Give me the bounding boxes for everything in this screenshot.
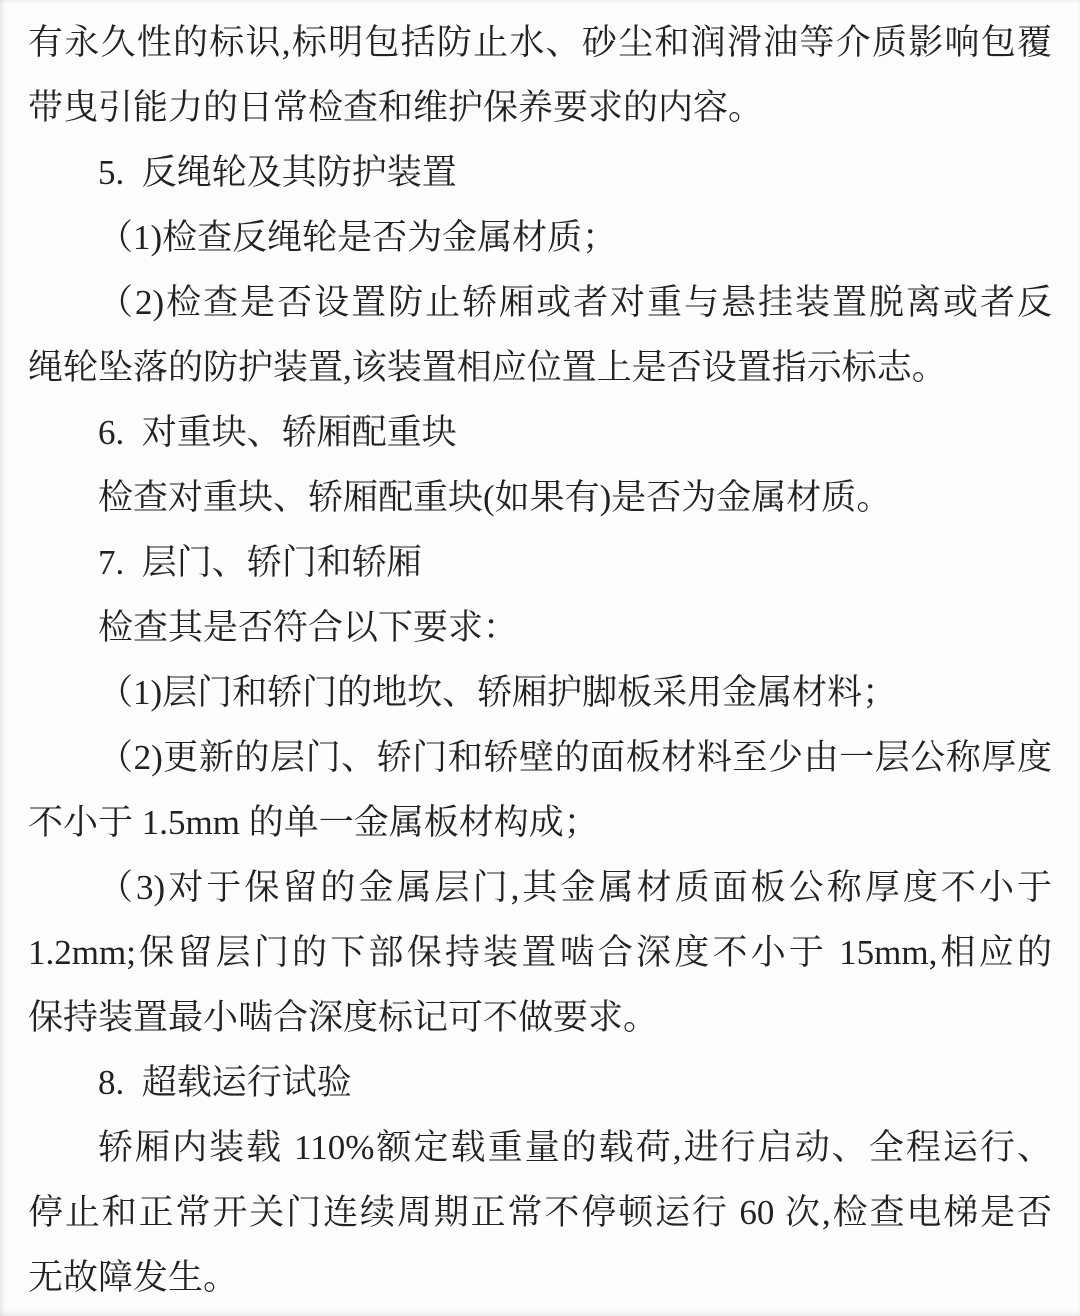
text-line: 5. 反绳轮及其防护装置 (28, 140, 1052, 205)
text-line: 1.2mm;保留层门的下部保持装置啮合深度不小于 15mm,相应的 (28, 920, 1052, 985)
text-line: 7. 层门、轿门和轿厢 (28, 530, 1052, 595)
text-line: 轿厢内装载 110%额定载重量的载荷,进行启动、全程运行、 (28, 1115, 1052, 1180)
document-text-block: 有永久性的标识,标明包括防止水、砂尘和润滑油等介质影响包覆带曳引能力的日常检查和… (28, 10, 1052, 1310)
text-line: 绳轮坠落的防护装置,该装置相应位置上是否设置指示标志。 (28, 335, 1052, 400)
text-line: 有永久性的标识,标明包括防止水、砂尘和润滑油等介质影响包覆 (28, 10, 1052, 75)
text-line: 8. 超载运行试验 (28, 1050, 1052, 1115)
text-line: （3)对于保留的金属层门,其金属材质面板公称厚度不小于 (28, 855, 1052, 920)
text-line: （2)检查是否设置防止轿厢或者对重与悬挂装置脱离或者反 (28, 270, 1052, 335)
text-line: 检查对重块、轿厢配重块(如果有)是否为金属材质。 (28, 465, 1052, 530)
document-page: 有永久性的标识,标明包括防止水、砂尘和润滑油等介质影响包覆带曳引能力的日常检查和… (0, 0, 1080, 1316)
text-line: （2)更新的层门、轿门和轿壁的面板材料至少由一层公称厚度 (28, 725, 1052, 790)
text-line: （1)检查反绳轮是否为金属材质； (28, 205, 1052, 270)
text-line: 带曳引能力的日常检查和维护保养要求的内容。 (28, 75, 1052, 140)
text-line: 不小于 1.5mm 的单一金属板材构成； (28, 790, 1052, 855)
text-line: （1)层门和轿门的地坎、轿厢护脚板采用金属材料； (28, 660, 1052, 725)
text-line: 6. 对重块、轿厢配重块 (28, 400, 1052, 465)
text-line: 保持装置最小啮合深度标记可不做要求。 (28, 985, 1052, 1050)
text-line: 检查其是否符合以下要求： (28, 595, 1052, 660)
text-line: 无故障发生。 (28, 1245, 1052, 1310)
text-line: 停止和正常开关门连续周期正常不停顿运行 60 次,检查电梯是否 (28, 1180, 1052, 1245)
